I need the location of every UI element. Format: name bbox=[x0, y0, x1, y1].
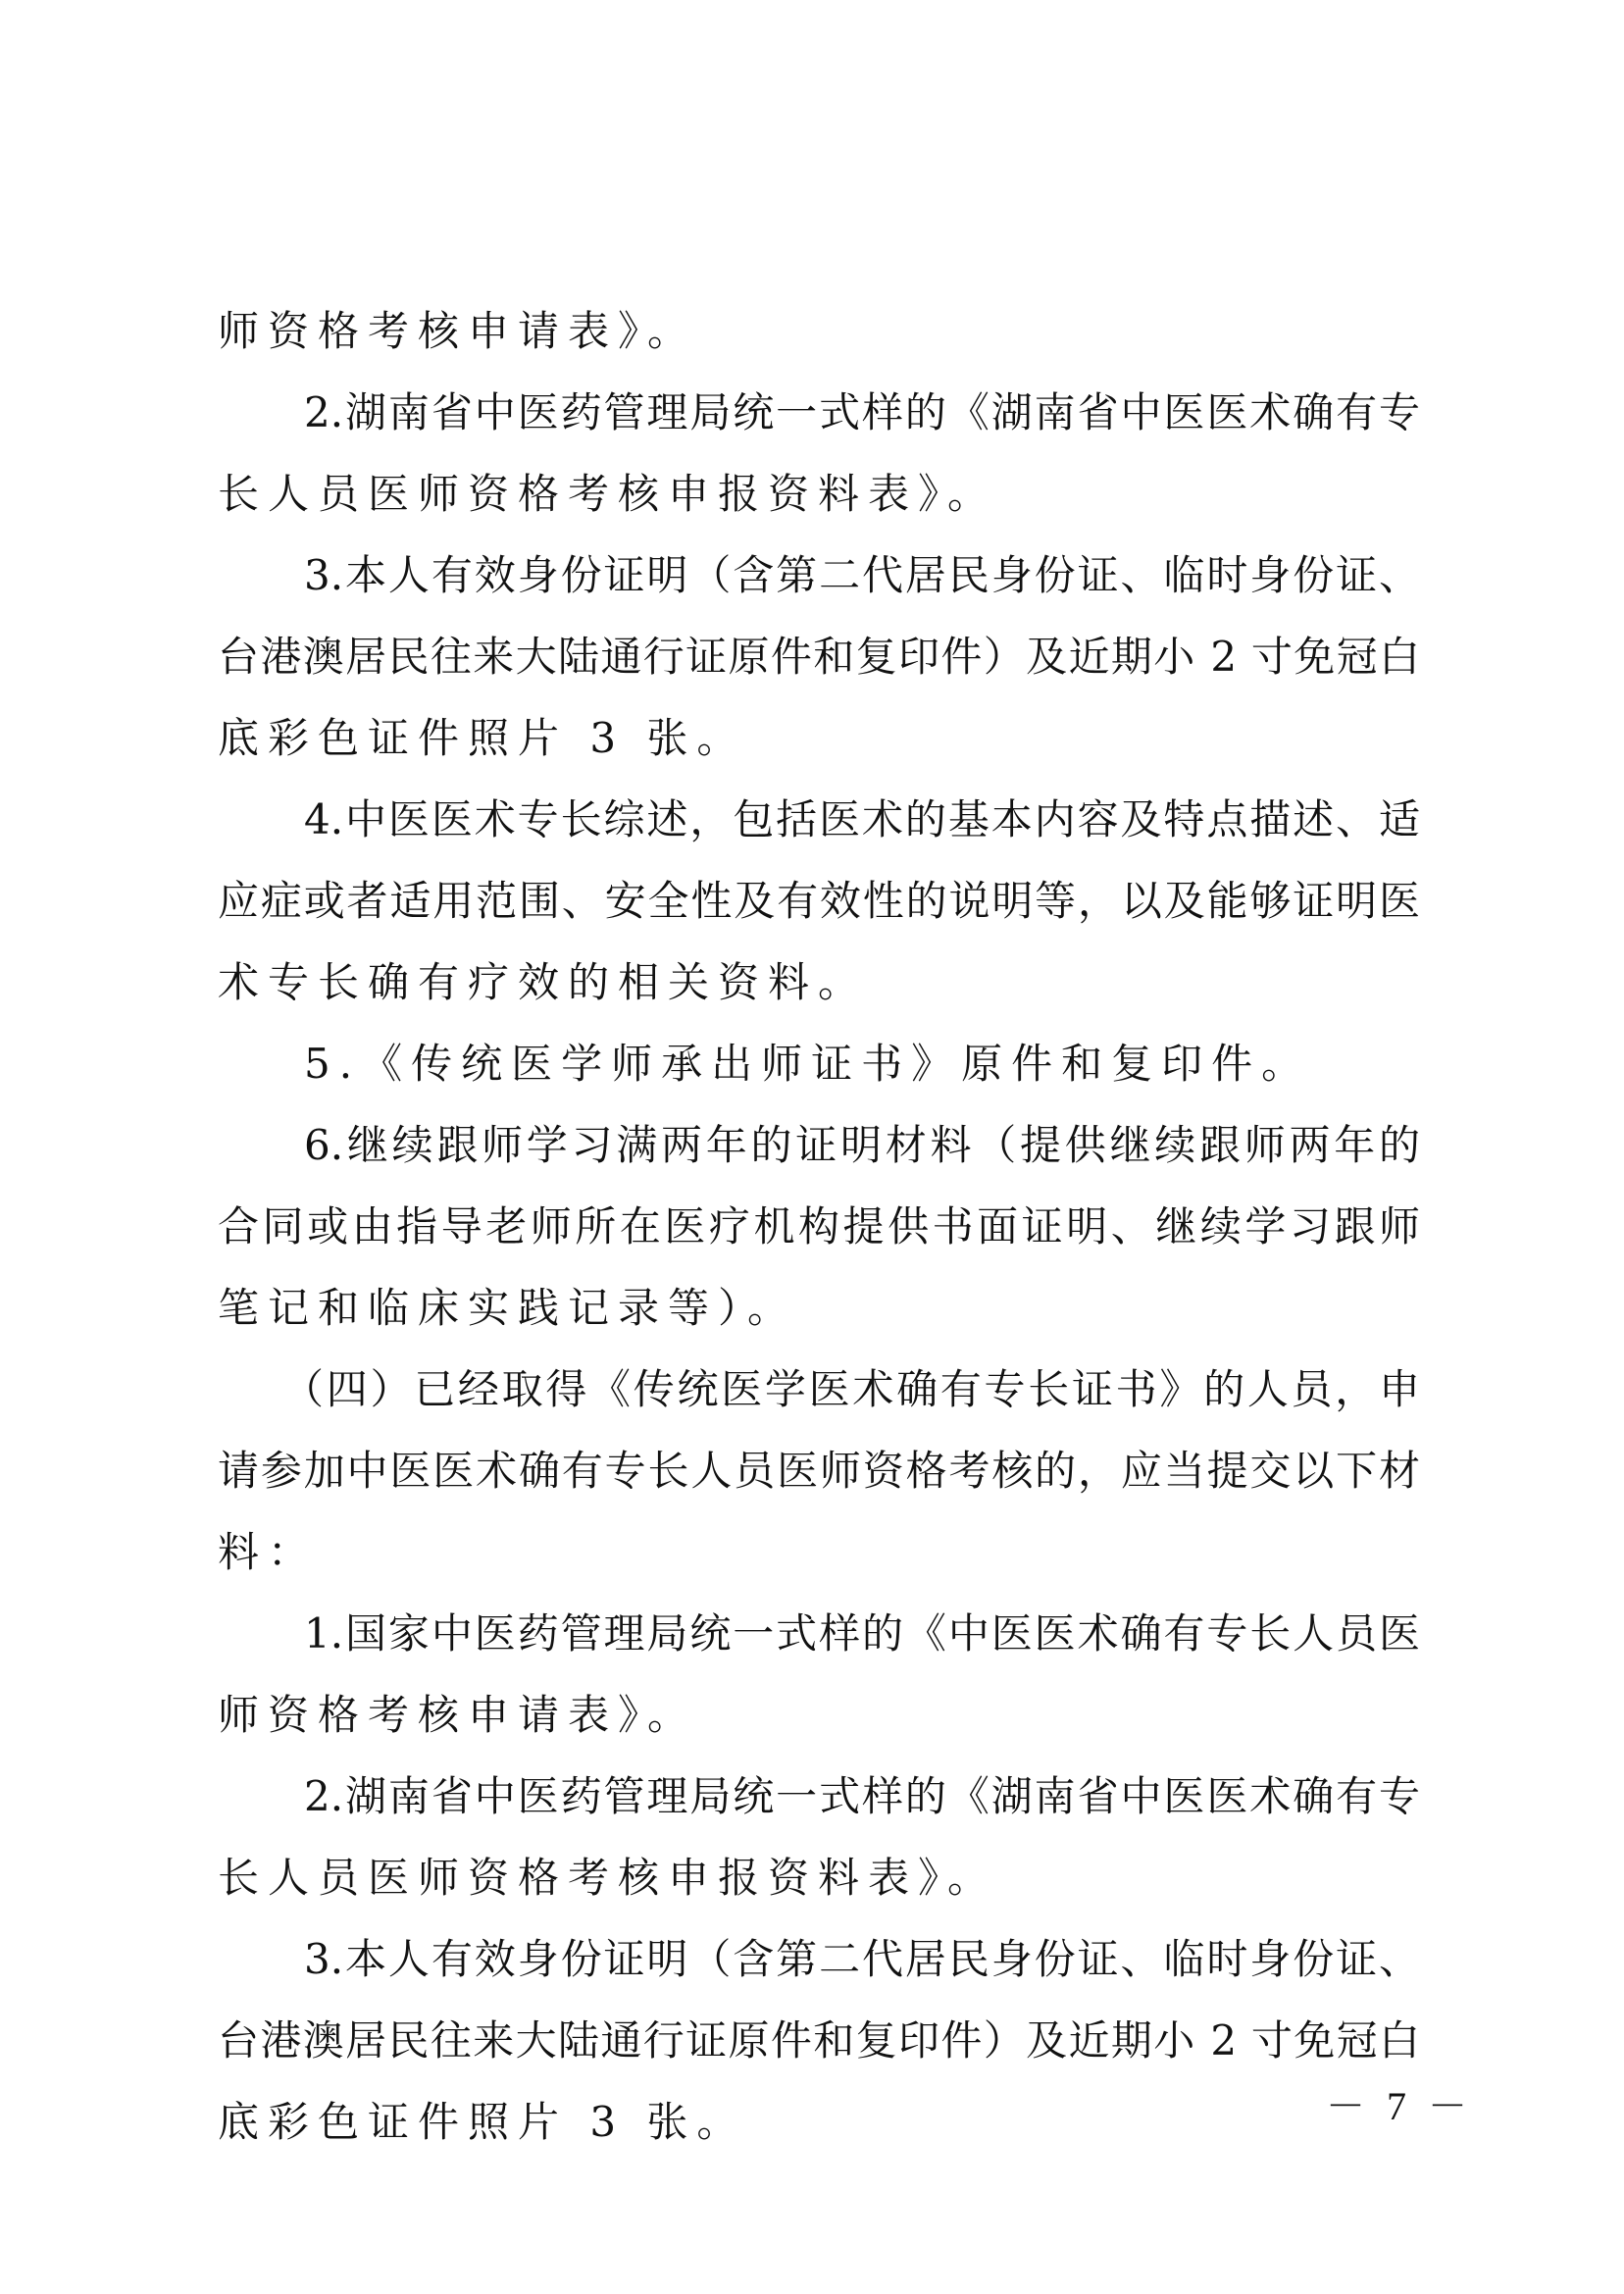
document-body: 师资格考核申请表》。 2.湖南省中医药管理局统一式样的《湖南省中医医术确有专 长… bbox=[218, 290, 1420, 2163]
text-line: 6.继续跟师学习满两年的证明材料（提供继续跟师两年的 bbox=[218, 1104, 1420, 1186]
text-line: 2.湖南省中医药管理局统一式样的《湖南省中医医术确有专 bbox=[218, 1756, 1420, 1837]
text-line: 2.湖南省中医药管理局统一式样的《湖南省中医医术确有专 bbox=[218, 372, 1420, 453]
text-line: 师资格考核申请表》。 bbox=[218, 290, 1420, 372]
text-line: 3.本人有效身份证明（含第二代居民身份证、临时身份证、 bbox=[218, 535, 1420, 616]
text-line: 4.中医医术专长综述，包括医术的基本内容及特点描述、适 bbox=[218, 779, 1420, 860]
text-line: 3.本人有效身份证明（含第二代居民身份证、临时身份证、 bbox=[218, 1918, 1420, 2000]
text-line: 长人员医师资格考核申报资料表》。 bbox=[218, 453, 1420, 535]
page-number: － 7 － bbox=[1326, 2075, 1473, 2131]
text-line: 笔记和临床实践记录等）。 bbox=[218, 1267, 1420, 1349]
text-line: 应症或者适用范围、安全性及有效性的说明等，以及能够证明医 bbox=[218, 860, 1420, 942]
text-line: 1.国家中医药管理局统一式样的《中医医术确有专长人员医 bbox=[218, 1593, 1420, 1674]
text-line: 合同或由指导老师所在医疗机构提供书面证明、继续学习跟师 bbox=[218, 1186, 1420, 1267]
text-line: 底彩色证件照片 3 张。 bbox=[218, 2081, 1420, 2163]
text-line: 请参加中医医术确有专长人员医师资格考核的，应当提交以下材 bbox=[218, 1430, 1420, 1511]
text-line: 台港澳居民往来大陆通行证原件和复印件）及近期小 2 寸免冠白 bbox=[218, 2000, 1420, 2081]
text-line: 台港澳居民往来大陆通行证原件和复印件）及近期小 2 寸免冠白 bbox=[218, 616, 1420, 697]
text-line: 5.《传统医学师承出师证书》原件和复印件。 bbox=[218, 1023, 1420, 1104]
text-line: 术专长确有疗效的相关资料。 bbox=[218, 942, 1420, 1023]
text-line: 底彩色证件照片 3 张。 bbox=[218, 697, 1420, 779]
section-heading-line: （四）已经取得《传统医学医术确有专长证书》的人员，申 bbox=[218, 1349, 1420, 1430]
text-line: 长人员医师资格考核申报资料表》。 bbox=[218, 1837, 1420, 1918]
text-line: 料： bbox=[218, 1511, 1420, 1593]
text-line: 师资格考核申请表》。 bbox=[218, 1674, 1420, 1756]
